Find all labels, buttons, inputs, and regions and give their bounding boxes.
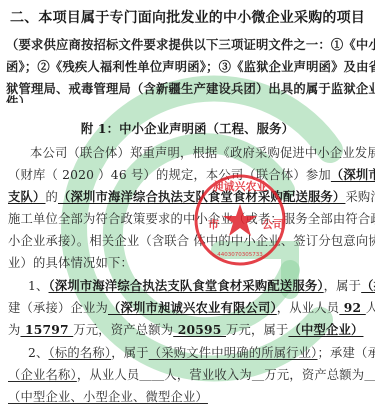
item-text: 建（承接）企业为 [8,301,108,315]
intro-text: 采购活动，工程的 [345,190,375,204]
intro-line-5: 小企业承接）。相关企业（含联合 体中的中小企业、签订分包意向协议的中小企 [8,234,375,248]
requirement-line-4: 件） [6,95,375,103]
item-text: ，属于 [324,279,362,293]
annex-title: 附 1：中小企业声明函（工程、服务） [0,122,375,136]
item-contractor: （深圳市昶诚兴农业有限公司） [108,300,277,315]
item-text: ，从业人员 [277,301,340,315]
intro-line-4: 施工单位全部为符合政策要求的中小企业（或者：服务全部由符合政策要求的中 [8,212,375,226]
item-staff: ＿＿ [139,368,164,382]
item-project: （标的名称） [49,346,112,360]
item-1-line-1: 1、（深圳市海洋综合执法支队食堂食材采购配送服务），属于（批发业）；承 [28,279,375,293]
item-text: ；承建（承接）企业为 [318,346,375,360]
procuring-org-cont: 支队） [8,189,46,204]
item-text: 人，营业收入为 [164,368,251,382]
item-text: 为 [8,323,21,337]
item-text: ，从业人员 [77,368,140,382]
item-text: ，属于 [111,346,149,360]
requirement-line-2: 函》；②《残疾人福利性单位声明函》；③《监狱企业声明函》及由省级以上监 [6,60,375,74]
item-text: 人，营业收入 [366,301,375,315]
item-2-line-2: （企业名称），从业人员＿＿人，营业收入为＿万元，资产总额为＿＿万元，属于 [8,368,375,382]
intro-line-1: 本公司（联合体）郑重声明，根据《政府采购促进中小企业发展管理办法》 [30,146,375,160]
item-industry: （批发业） [361,278,375,293]
item-assets: ＿＿ [364,368,375,382]
item-1-line-2: 建（承接）企业为（深圳市昶诚兴农业有限公司），从业人员 92 人，营业收入 [8,301,375,315]
item-number: 1、 [28,279,49,293]
item-contractor: （企业名称） [8,368,77,382]
intro-line-3: 支队）的（深圳市海洋综合执法支队食堂食材采购配送服务）采购活动，工程的 [8,190,375,204]
requirement-line-1: （要求供应商按招标文件要求提供以下三项证明文件之一：①《中小企业声明 [6,38,375,52]
item-staff: 92 [339,300,365,315]
item-revenue: ＿ [252,368,265,382]
intro-line-6: 业）的具体情况如下： [8,256,375,270]
item-text: 万元，属于 [226,323,289,337]
section-heading: 二、本项目属于专门面向批发业的中小微企业采购的项目 [0,11,375,25]
item-2-line-3: （中型企业、小型企业、微型企业） [8,390,375,404]
item-2-line-1: 2、（标的名称），属于（采购文件中明确的所属行业）；承建（承接）企业为 [28,346,375,360]
intro-line-2: （财库（ 2020 ）46 号）的规定，本公司（联合体）参加（深圳市海洋综合执法 [8,168,375,182]
item-size: （中型企业、小型企业、微型企业） [8,390,208,404]
item-size: （中型企业） [288,322,363,337]
requirement-line-3: 狱管理局、戒毒管理局（含新疆生产建设兵团）出具的属于监狱企业的证明文 [6,82,375,96]
item-project: （深圳市海洋综合执法支队食堂食材采购配送服务） [49,278,324,293]
intro-line-2-text: （财库（ 2020 ）46 号）的规定，本公司（联合体）参加 [8,168,331,182]
item-assets: 20595 [173,322,226,337]
item-text: 万元，资产总额为 [264,368,364,382]
item-number: 2、 [28,346,49,360]
item-1-line-3: 为 15797 万元，资产总额为 20595 万元，属于（中型企业） [8,323,375,337]
item-text: 万元，资产总额为 [73,323,173,337]
intro-text: 的 [46,190,59,204]
item-industry: （采购文件中明确的所属行业） [149,346,318,360]
procuring-org: （深圳市海洋综合执法 [331,167,375,182]
project-name: （深圳市海洋综合执法支队食堂食材采购配送服务） [58,189,345,204]
item-revenue: 15797 [21,322,74,337]
